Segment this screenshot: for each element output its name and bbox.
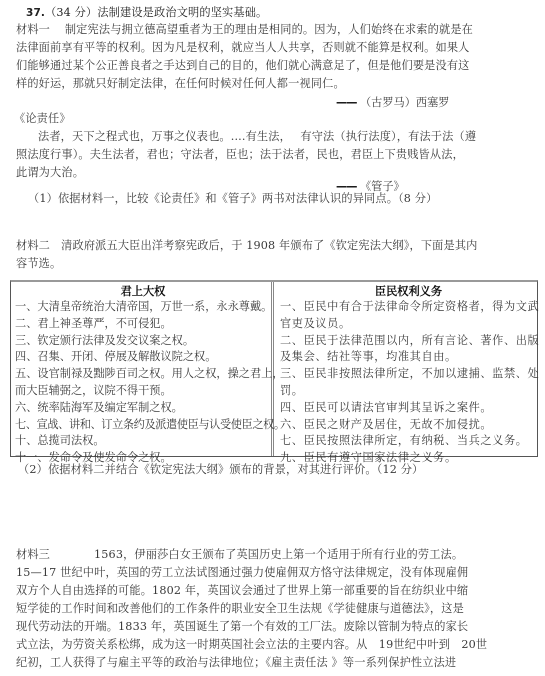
table-row: 七、臣民按照法律所定，有纳税、当兵之义务。 bbox=[280, 433, 537, 450]
material1-line-1: 材料一 制定宪法与拥立德高望重者为王的理由是相同的。因为，人们始终在求索的就是在 bbox=[16, 22, 473, 38]
material3-line-6: 式立法，为劳资关系松绑，成为这一时期英国社会立法的主要内容。从 19世纪中叶到 … bbox=[16, 637, 487, 653]
question-heading: 37.（34 分）法制建设是政治文明的坚实基础。 bbox=[26, 5, 267, 21]
source-dash: —— bbox=[336, 96, 356, 109]
table-row: 二、臣民于法律范围以内，所有言论、著作、出版 bbox=[280, 333, 537, 350]
material3-line-7: 纪初，工人获得了与雇主平等的政治与法律地位；《雇主责任法 》等一系列保护性立法进 bbox=[16, 655, 456, 671]
quote-line-2: 照法度行事）。夫生法者，君也；守法者，臣也；法于法者，民也，君臣上下贵贱皆从法， bbox=[16, 147, 464, 163]
table-row: 四、臣民可以请法官审判其呈诉之案件。 bbox=[280, 400, 537, 417]
quote-line-1: 法者，天下之程式也，万事之仪表也。....有生法， 有守法（执行法度），有法于法… bbox=[38, 129, 476, 145]
table-row: 三、臣民非按照法律所定，不加以逮捕、监禁、处 bbox=[280, 366, 537, 383]
quote-line-3: 此谓为大治。 bbox=[16, 165, 84, 181]
material1-line-2: 法律面前享有平等的权利。因为凡是权利，就应当人人共享，否则就不能算是权利。如果人 bbox=[16, 40, 470, 56]
material1-source: —— （古罗马）西塞罗 bbox=[336, 95, 449, 111]
table-row: 十、总揽司法权。 bbox=[15, 433, 271, 450]
table-row: 六、臣民之财产及居住，无故不加侵扰。 bbox=[280, 417, 537, 434]
table-row: 四、召集、开闭、停展及解散议院之权。 bbox=[15, 349, 271, 366]
question-title: 法制建设是政治文明的坚实基础。 bbox=[97, 6, 267, 19]
source-author: （古罗马）西塞罗 bbox=[360, 96, 450, 109]
material3-line-3: 双方个人自由选择的可能。1802 年，英国议会通过了世界上第一部重要的旨在纺织业… bbox=[16, 583, 468, 599]
material2-label: 材料二 bbox=[16, 239, 50, 252]
question-number: 37. bbox=[26, 7, 45, 19]
material2-line-2: 容节选。 bbox=[16, 256, 61, 272]
material1-line-4: 样的好运，那就只好制定法律，在任何时候对任何人都一视同仁。 bbox=[16, 76, 345, 92]
material3-line-5: 现代劳动法的开端。1833 年，英国诞生了第一个有效的工厂法。废除以管制为特点的… bbox=[16, 619, 468, 635]
table-row: 而大臣辅弼之，议院不得干预。 bbox=[15, 383, 271, 400]
table-col-subject-rights: 臣民权利义务 一、臣民中有合于法律命令所定资格者，得为文武 官吏及议员。 二、臣… bbox=[274, 282, 537, 456]
table-row: 二、君上神圣尊严，不可侵犯。 bbox=[15, 316, 271, 333]
table-header-monarch-powers: 君上大权 bbox=[15, 283, 271, 299]
question-points: （34 分） bbox=[45, 6, 97, 19]
material3-label: 材料三 bbox=[16, 548, 50, 561]
material3-line-2: 15—17 世纪中叶，英国的劳工立法试图通过强力使雇佣双方恪守法律规定，没有体现… bbox=[16, 565, 468, 581]
table-row: 一、臣民中有合于法律命令所定资格者，得为文武 bbox=[280, 299, 537, 316]
source-book: 《论责任》 bbox=[14, 111, 71, 127]
material3-line-4: 短学徒的工作时间和改善他们的工作条件的职业安全卫生法规《学徒健康与道德法》，这是 bbox=[16, 601, 464, 617]
table-row: 七、宣战、讲和、订立条约及派遣使臣与认受使臣之权。 bbox=[15, 417, 271, 434]
table-row: 六、统率陆海军及编定军制之权。 bbox=[15, 400, 271, 417]
table-row: 及集会、结社等事，均准其自由。 bbox=[280, 349, 537, 366]
table-row: 罚。 bbox=[280, 383, 537, 400]
sub-question-2: （2）依据材料二并结合《钦定宪法大纲》颁布的背景，对其进行评价。（12 分） bbox=[18, 462, 423, 478]
table-col-monarch-powers: 君上大权 一、大清皇帝统治大清帝国，万世一系，永永尊戴。 二、君上神圣尊严，不可… bbox=[11, 282, 274, 456]
table-row: 三、钦定颁行法律及发交议案之权。 bbox=[15, 333, 271, 350]
table-row: 一、大清皇帝统治大清帝国，万世一系，永永尊戴。 bbox=[15, 299, 271, 316]
material3-line-1: 材料三1563，伊丽莎白女王颁布了英国历史上第一个适用于所有行业的劳工法。 bbox=[16, 547, 463, 563]
table-header-subject-rights: 臣民权利义务 bbox=[280, 283, 537, 299]
material2-line-1: 材料二 清政府派五大臣出洋考察宪政后，于 1908 年颁布了《钦定宪法大纲》，下… bbox=[16, 238, 478, 254]
material1-label: 材料一 bbox=[16, 23, 50, 36]
table-row: 五、设官制禄及黜陟百司之权。用人之权，操之君上， bbox=[15, 366, 271, 383]
sub-question-1: （1）依据材料一，比较《论责任》和《管子》两书对法律认识的异同点。（8 分） bbox=[28, 191, 437, 207]
constitution-outline-table: 君上大权 一、大清皇帝统治大清帝国，万世一系，永永尊戴。 二、君上神圣尊严，不可… bbox=[10, 280, 538, 457]
table-row: 官吏及议员。 bbox=[280, 316, 537, 333]
material1-line-3: 们能够通过某个公正善良者之手达到自己的目的，他们就心满意足了，但是他们要是没有这 bbox=[16, 58, 470, 74]
